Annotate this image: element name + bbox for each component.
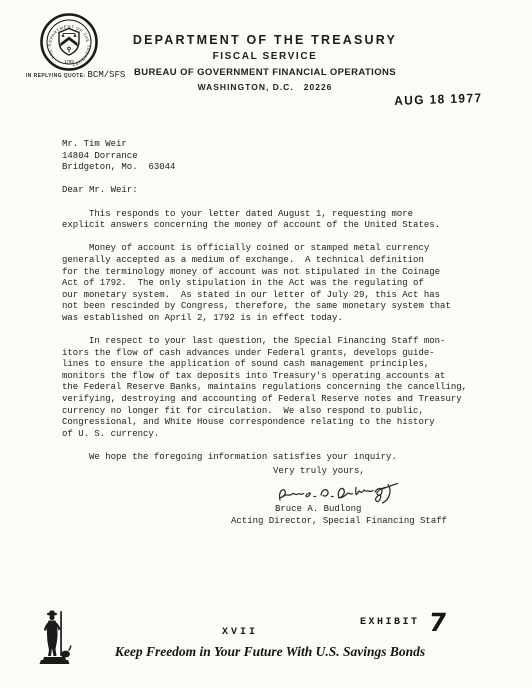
letterhead-department: DEPARTMENT OF THE TREASURY [95, 33, 435, 47]
paragraph-3: In respect to your last question, the Sp… [62, 336, 502, 440]
salutation: Dear Mr. Weir: [62, 185, 502, 197]
exhibit-label: EXHIBIT [360, 612, 420, 628]
signer-title: Acting Director, Special Financing Staff [231, 516, 447, 526]
letterhead: DEPARTMENT OF THE TREASURY FISCAL SERVIC… [95, 33, 435, 92]
savings-bonds-slogan: Keep Freedom in Your Future With U.S. Sa… [80, 644, 460, 660]
letterhead-city: WASHINGTON, D.C. 20226 [95, 82, 435, 92]
page-number: XVII [95, 627, 385, 638]
valediction: Very truly yours, [273, 466, 365, 476]
reply-quote-label: IN REPLYING QUOTE: [26, 73, 86, 79]
treasury-seal-icon: THE DEPARTMENT OF THE TREASURY 1789 [39, 12, 99, 72]
svg-text:1789: 1789 [64, 59, 74, 64]
date-stamp: AUG 18 1977 [394, 91, 483, 108]
paragraph-2: Money of account is officially coined or… [62, 243, 502, 324]
letter-page: THE DEPARTMENT OF THE TREASURY 1789 IN R… [0, 0, 532, 688]
recipient-address: Mr. Tim Weir 14804 Dorrance Bridgeton, M… [62, 139, 502, 174]
letterhead-bureau: BUREAU OF GOVERNMENT FINANCIAL OPERATION… [95, 67, 435, 78]
paragraph-1: This responds to your letter dated Augus… [62, 209, 502, 232]
letter-body: Mr. Tim Weir 14804 Dorrance Bridgeton, M… [62, 139, 502, 475]
minuteman-statue-icon [36, 606, 74, 666]
paragraph-4: We hope the foregoing information satisf… [62, 452, 502, 464]
signer-name: Bruce A. Budlong [275, 504, 361, 514]
letterhead-service: FISCAL SERVICE [95, 51, 435, 62]
exhibit-number: 7 [427, 612, 447, 634]
